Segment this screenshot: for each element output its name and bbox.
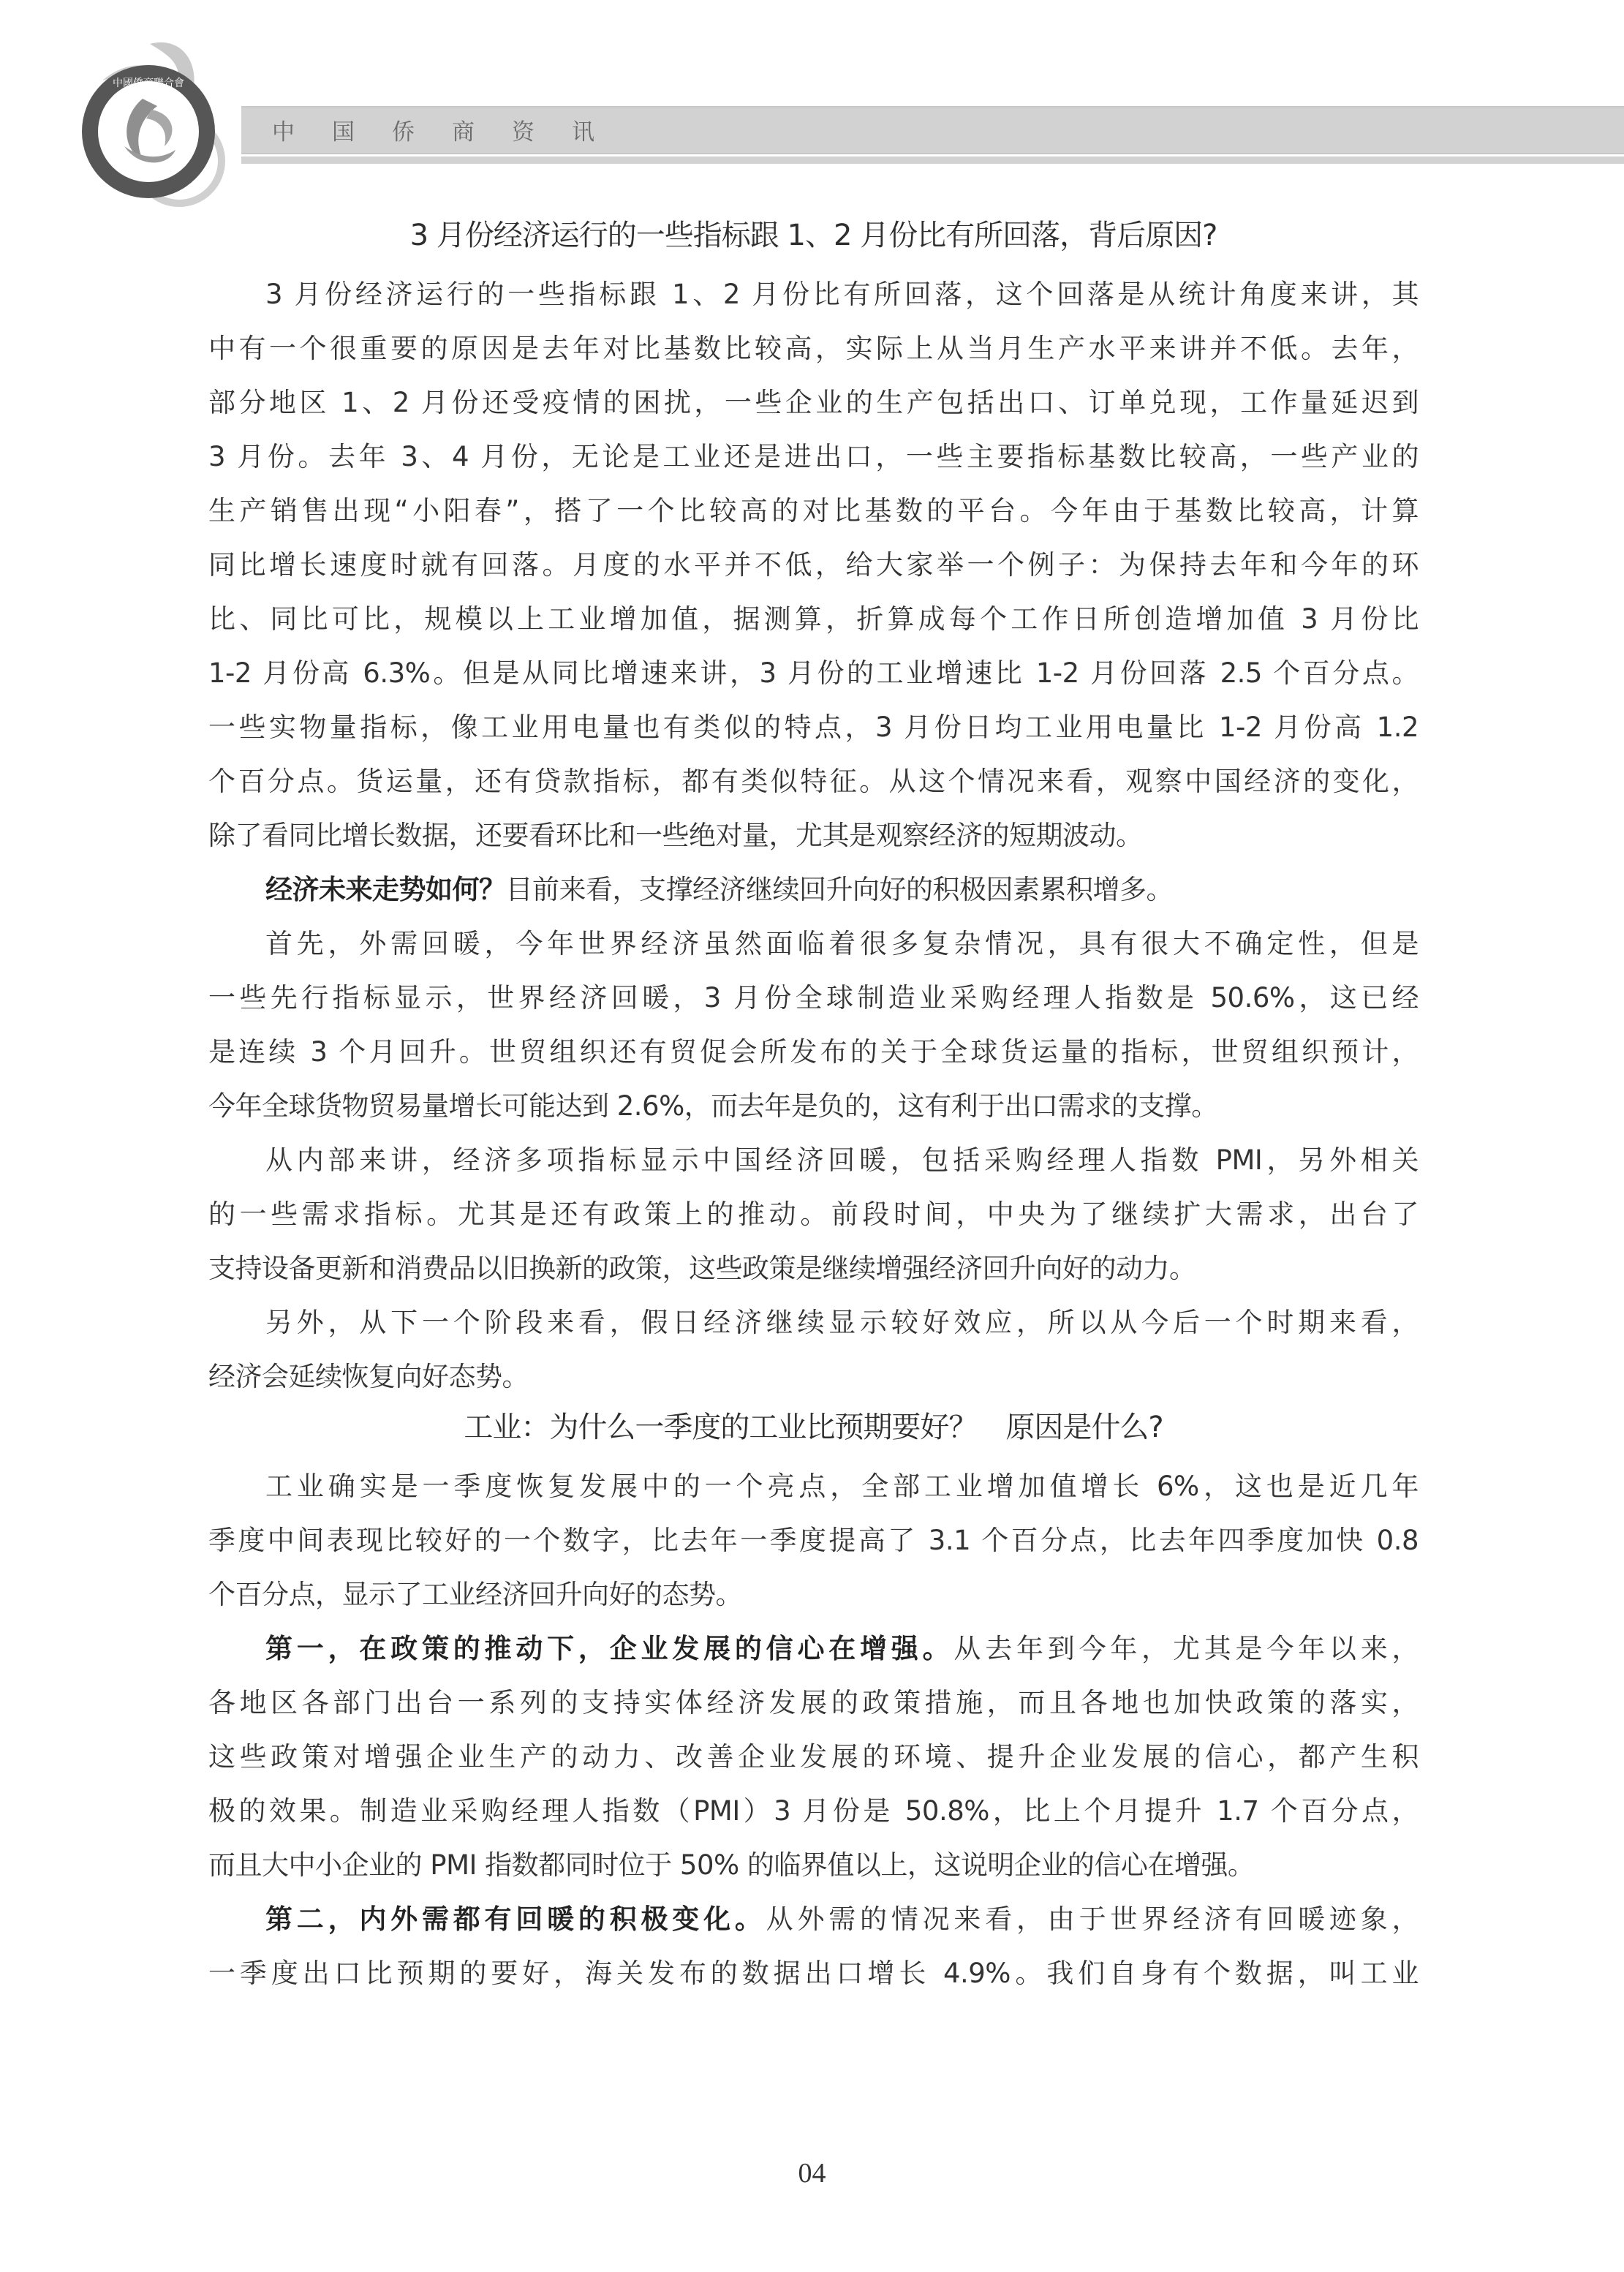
publication-title-char: 中	[272, 113, 332, 146]
text-line: 除了看同比增长数据，还要看环比和一些绝对量，尤其是观察经济的短期波动。	[208, 809, 1419, 863]
logo-ring-text: 中國僑商聯合會	[113, 77, 184, 89]
publication-title-char: 侨	[392, 113, 452, 146]
paragraph: 第二，内外需都有回暖的积极变化。从外需的情况来看，由于世界经济有回暖迹象， 一季…	[208, 1892, 1419, 2001]
bold-lead: 第二，内外需都有回暖的积极变化。	[265, 1903, 766, 1935]
paragraph: 第一，在政策的推动下，企业发展的信心在增强。从去年到今年，尤其是今年以来， 各地…	[208, 1622, 1419, 1892]
text-line: 今年全球货物贸易量增长可能达到 2.6%，而去年是负的，这有利于出口需求的支撑。	[208, 1079, 1419, 1133]
text-line: 是连续 3 个月回升。世贸组织还有贸促会所发布的关于全球货运量的指标，世贸组织预…	[208, 1025, 1419, 1079]
text-line: 经济未来走势如何？目前来看，支撑经济继续回升向好的积极因素累积增多。	[208, 863, 1419, 917]
bold-lead: 第一，在政策的推动下，企业发展的信心在增强。	[265, 1633, 953, 1664]
publication-title: 中 国 侨 商 资 讯	[272, 108, 632, 151]
publication-title-char: 资	[512, 113, 572, 146]
text-line: 这些政策对增强企业生产的动力、改善企业发展的环境、提升企业发展的信心，都产生积	[208, 1730, 1419, 1784]
text-line: 首先，外需回暖，今年世界经济虽然面临着很多复杂情况，具有很大不确定性，但是	[208, 917, 1419, 971]
text-line: 另外，从下一个阶段来看，假日经济继续显示较好效应，所以从今后一个时期来看，	[208, 1296, 1419, 1350]
text-line: 生产销售出现“小阳春”，搭了一个比较高的对比基数的平台。今年由于基数比较高，计算	[208, 484, 1419, 538]
text-run: 从去年到今年，尤其是今年以来，	[953, 1633, 1419, 1664]
text-line: 第二，内外需都有回暖的积极变化。从外需的情况来看，由于世界经济有回暖迹象，	[208, 1892, 1419, 1947]
text-line: 一些实物量指标，像工业用电量也有类似的特点，3 月份日均工业用电量比 1-2 月…	[208, 701, 1419, 755]
paragraph: 3 月份经济运行的一些指标跟 1、2 月份比有所回落，这个回落是从统计角度来讲，…	[208, 268, 1419, 863]
paragraph: 另外，从下一个阶段来看，假日经济继续显示较好效应，所以从今后一个时期来看， 经济…	[208, 1296, 1419, 1404]
text-line: 个百分点。货运量，还有贷款指标，都有类似特征。从这个情况来看，观察中国经济的变化…	[208, 755, 1419, 809]
text-line: 工业确实是一季度恢复发展中的一个亮点，全部工业增加值增长 6%，这也是近几年	[208, 1460, 1419, 1514]
text-line: 各地区各部门出台一系列的支持实体经济发展的政策措施，而且各地也加快政策的落实，	[208, 1676, 1419, 1730]
section-heading: 3 月份经济运行的一些指标跟 1、2 月份比有所回落，背后原因?	[208, 214, 1419, 257]
text-line: 3 月份。去年 3、4 月份，无论是工业还是进出口，一些主要指标基数比较高，一些…	[208, 430, 1419, 484]
text-line: 季度中间表现比较好的一个数字，比去年一季度提高了 3.1 个百分点，比去年四季度…	[208, 1514, 1419, 1568]
paragraph: 首先，外需回暖，今年世界经济虽然面临着很多复杂情况，具有很大不确定性，但是 一些…	[208, 917, 1419, 1133]
text-line: 从内部来讲，经济多项指标显示中国经济回暖，包括采购经理人指数 PMI，另外相关	[208, 1133, 1419, 1188]
bold-lead: 经济未来走势如何？	[265, 874, 506, 905]
text-line: 极的效果。制造业采购经理人指数（PMI）3 月份是 50.8%，比上个月提升 1…	[208, 1784, 1419, 1838]
publication-title-char: 国	[332, 113, 392, 146]
text-line: 而且大中小企业的 PMI 指数都同时位于 50% 的临界值以上，这说明企业的信心…	[208, 1838, 1419, 1892]
paragraph: 从内部来讲，经济多项指标显示中国经济回暖，包括采购经理人指数 PMI，另外相关 …	[208, 1133, 1419, 1296]
text-line: 1-2 月份高 6.3%。但是从同比增速来讲，3 月份的工业增速比 1-2 月份…	[208, 646, 1419, 701]
text-line: 支持设备更新和消费品以旧换新的政策，这些政策是继续增强经济回升向好的动力。	[208, 1242, 1419, 1296]
text-line: 经济会延续恢复向好态势。	[208, 1350, 1419, 1404]
text-line: 3 月份经济运行的一些指标跟 1、2 月份比有所回落，这个回落是从统计角度来讲，…	[208, 268, 1419, 322]
organization-emblem-icon: 中國僑商聯合會	[69, 29, 252, 212]
text-run: 从外需的情况来看，由于世界经济有回暖迹象，	[766, 1903, 1419, 1935]
text-line: 第一，在政策的推动下，企业发展的信心在增强。从去年到今年，尤其是今年以来，	[208, 1622, 1419, 1676]
text-line: 部分地区 1、2 月份还受疫情的困扰，一些企业的生产包括出口、订单兑现，工作量延…	[208, 376, 1419, 430]
paragraph: 经济未来走势如何？目前来看，支撑经济继续回升向好的积极因素累积增多。	[208, 863, 1419, 917]
text-line: 中有一个很重要的原因是去年对比基数比较高，实际上从当月生产水平来讲并不低。去年，	[208, 322, 1419, 376]
section-heading: 工业：为什么一季度的工业比预期要好？ 原因是什么?	[208, 1405, 1419, 1449]
text-line: 一些先行指标显示，世界经济回暖，3 月份全球制造业采购经理人指数是 50.6%，…	[208, 971, 1419, 1025]
header-band-underline	[241, 156, 1624, 164]
text-line: 的一些需求指标。尤其是还有政策上的推动。前段时间，中央为了继续扩大需求，出台了	[208, 1188, 1419, 1242]
publication-title-char: 商	[452, 113, 512, 146]
article-body: 3 月份经济运行的一些指标跟 1、2 月份比有所回落，背后原因? 3 月份经济运…	[208, 214, 1419, 2001]
paragraph: 工业确实是一季度恢复发展中的一个亮点，全部工业增加值增长 6%，这也是近几年 季…	[208, 1460, 1419, 1622]
page-number: 04	[0, 2157, 1624, 2189]
text-line: 同比增长速度时就有回落。月度的水平并不低，给大家举一个例子：为保持去年和今年的环	[208, 538, 1419, 592]
text-line: 一季度出口比预期的要好，海关发布的数据出口增长 4.9%。我们自身有个数据，叫工…	[208, 1947, 1419, 2001]
text-line: 个百分点，显示了工业经济回升向好的态势。	[208, 1568, 1419, 1622]
text-line: 比、同比可比，规模以上工业增加值，据测算，折算成每个工作日所创造增加值 3 月份…	[208, 592, 1419, 646]
text-run: 目前来看，支撑经济继续回升向好的积极因素累积增多。	[506, 874, 1174, 905]
publication-title-char: 讯	[572, 113, 632, 146]
